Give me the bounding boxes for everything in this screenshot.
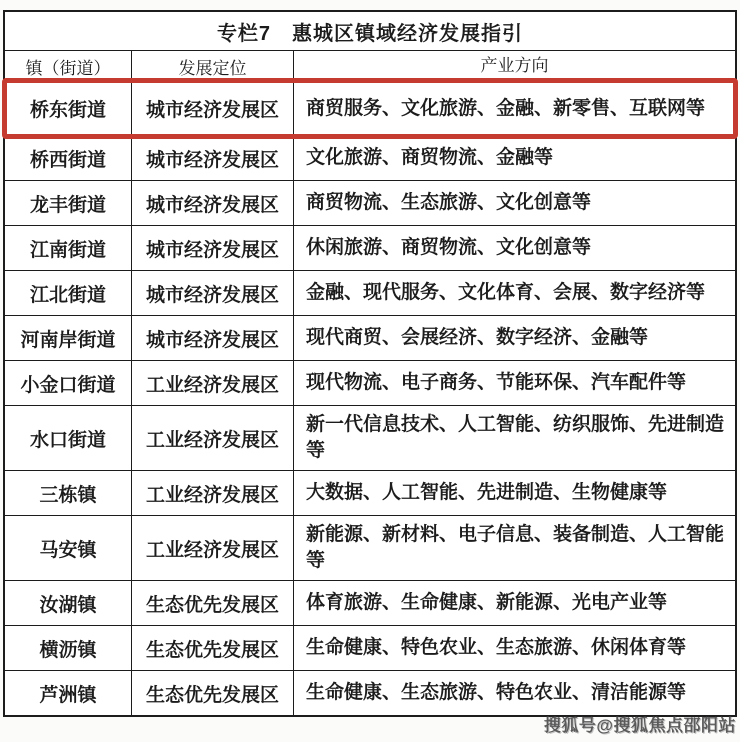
town-cell: 河南岸街道 (5, 316, 132, 360)
positioning-cell: 城市经济发展区 (132, 316, 294, 360)
town-cell: 马安镇 (5, 516, 132, 580)
table-row: 芦洲镇 生态优先发展区 生命健康、生态旅游、特色农业、清洁能源等 (5, 670, 735, 715)
industries-cell: 生命健康、特色农业、生态旅游、休闲体育等 (294, 626, 735, 670)
positioning-cell: 工业经济发展区 (132, 471, 294, 515)
column-header-positioning: 发展定位 (132, 51, 294, 81)
town-cell: 水口街道 (5, 406, 132, 470)
industries-cell: 大数据、人工智能、先进制造、生物健康等 (294, 471, 735, 515)
positioning-cell: 工业经济发展区 (132, 516, 294, 580)
positioning-cell: 工业经济发展区 (132, 361, 294, 405)
table-row: 河南岸街道 城市经济发展区 现代商贸、会展经济、数字经济、金融等 (5, 315, 735, 360)
table-row: 汝湖镇 生态优先发展区 体育旅游、生命健康、新能源、光电产业等 (5, 580, 735, 625)
town-cell: 江南街道 (5, 226, 132, 270)
positioning-cell: 生态优先发展区 (132, 626, 294, 670)
column-header-town: 镇（街道） (5, 51, 132, 81)
industries-cell: 新一代信息技术、人工智能、纺织服饰、先进制造等 (294, 406, 735, 470)
positioning-cell: 城市经济发展区 (132, 226, 294, 270)
town-cell: 桥东街道 (5, 82, 132, 135)
industries-cell: 现代商贸、会展经济、数字经济、金融等 (294, 316, 735, 360)
industries-cell: 体育旅游、生命健康、新能源、光电产业等 (294, 581, 735, 625)
town-cell: 横沥镇 (5, 626, 132, 670)
positioning-cell: 生态优先发展区 (132, 671, 294, 715)
town-cell: 江北街道 (5, 271, 132, 315)
town-cell: 三栋镇 (5, 471, 132, 515)
positioning-cell: 工业经济发展区 (132, 406, 294, 470)
positioning-cell: 城市经济发展区 (132, 136, 294, 180)
column-header-industries: 产业方向 (294, 51, 735, 81)
town-cell: 小金口街道 (5, 361, 132, 405)
table-row: 小金口街道 工业经济发展区 现代物流、电子商务、节能环保、汽车配件等 (5, 360, 735, 405)
table-body: 桥东街道 城市经济发展区 商贸服务、文化旅游、金融、新零售、互联网等 桥西街道 … (5, 81, 735, 715)
industries-cell: 商贸物流、生态旅游、文化创意等 (294, 181, 735, 225)
industries-cell: 金融、现代服务、文化体育、会展、数字经济等 (294, 271, 735, 315)
industries-cell: 商贸服务、文化旅游、金融、新零售、互联网等 (294, 82, 735, 135)
industries-cell: 文化旅游、商贸物流、金融等 (294, 136, 735, 180)
positioning-cell: 城市经济发展区 (132, 271, 294, 315)
table-row: 三栋镇 工业经济发展区 大数据、人工智能、先进制造、生物健康等 (5, 470, 735, 515)
town-cell: 芦洲镇 (5, 671, 132, 715)
table-title: 专栏7 惠城区镇域经济发展指引 (5, 12, 735, 50)
town-cell: 桥西街道 (5, 136, 132, 180)
development-guide-table: 专栏7 惠城区镇域经济发展指引 镇（街道） 发展定位 产业方向 桥东街道 城市经… (3, 10, 737, 717)
industries-cell: 休闲旅游、商贸物流、文化创意等 (294, 226, 735, 270)
positioning-cell: 城市经济发展区 (132, 82, 294, 135)
table-row: 江北街道 城市经济发展区 金融、现代服务、文化体育、会展、数字经济等 (5, 270, 735, 315)
table-row: 水口街道 工业经济发展区 新一代信息技术、人工智能、纺织服饰、先进制造等 (5, 405, 735, 470)
table-row: 马安镇 工业经济发展区 新能源、新材料、电子信息、装备制造、人工智能等 (5, 515, 735, 580)
town-cell: 汝湖镇 (5, 581, 132, 625)
table-row: 桥西街道 城市经济发展区 文化旅游、商贸物流、金融等 (5, 135, 735, 180)
table-row: 龙丰街道 城市经济发展区 商贸物流、生态旅游、文化创意等 (5, 180, 735, 225)
table-header-row: 镇（街道） 发展定位 产业方向 (5, 50, 735, 81)
table-row: 江南街道 城市经济发展区 休闲旅游、商贸物流、文化创意等 (5, 225, 735, 270)
industries-cell: 生命健康、生态旅游、特色农业、清洁能源等 (294, 671, 735, 715)
page: 专栏7 惠城区镇域经济发展指引 镇（街道） 发展定位 产业方向 桥东街道 城市经… (0, 0, 740, 742)
industries-cell: 新能源、新材料、电子信息、装备制造、人工智能等 (294, 516, 735, 580)
industries-cell: 现代物流、电子商务、节能环保、汽车配件等 (294, 361, 735, 405)
positioning-cell: 城市经济发展区 (132, 181, 294, 225)
table-row: 桥东街道 城市经济发展区 商贸服务、文化旅游、金融、新零售、互联网等 (5, 81, 735, 135)
town-cell: 龙丰街道 (5, 181, 132, 225)
table-row: 横沥镇 生态优先发展区 生命健康、特色农业、生态旅游、休闲体育等 (5, 625, 735, 670)
positioning-cell: 生态优先发展区 (132, 581, 294, 625)
watermark: 搜狐号@搜狐焦点邵阳站 (544, 711, 736, 736)
